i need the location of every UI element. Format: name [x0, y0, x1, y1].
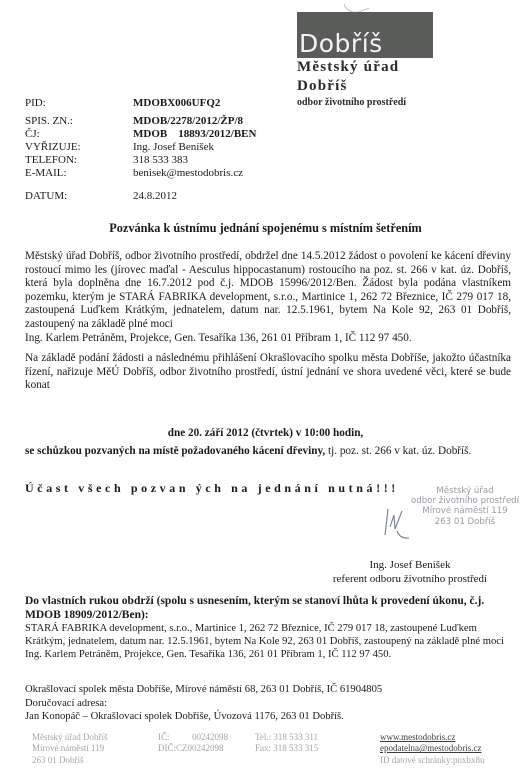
signature-icon: [382, 505, 410, 541]
footer-tel: Tel.: 318 533 311: [255, 732, 318, 743]
paragraph-request-text: Městský úřad Dobříš, odbor životního pro…: [25, 250, 511, 332]
footer-dic: DIČ:CZ00242098: [158, 743, 228, 754]
field-value: MDOBX006UFQ2: [133, 97, 220, 110]
club-delivery-label: Doručovací adresa:: [25, 697, 515, 711]
field-label: SPIS. ZN.:: [25, 115, 133, 128]
signer-role: referent odboru životního prostředí: [306, 573, 514, 587]
official-stamp: Městský úřad odbor životního prostředí M…: [406, 486, 524, 527]
ic-value: 00242098: [192, 732, 228, 742]
field-datum: DATUM: 24.8.2012: [25, 190, 256, 203]
footer-address: Městský úřad Dobříš Mírové náměstí 119 2…: [32, 732, 108, 766]
field-spis-zn: SPIS. ZN.: MDOB/2278/2012/ŽP/8: [25, 115, 256, 128]
field-label: PID:: [25, 97, 133, 110]
stamp-line: Mírové náměstí 119: [406, 506, 524, 516]
location-rest: tj. poz. st. 266 v kat. úz. Dobříš.: [325, 445, 471, 457]
field-vyrizuje: VYŘIZUJE: Ing. Josef Beníšek: [25, 141, 256, 154]
org-title: Městský úřad Dobříš: [297, 58, 399, 96]
footer-line: Mírové náměstí 119: [32, 743, 108, 754]
field-label: ČJ:: [25, 128, 133, 141]
field-label: TELEFON:: [25, 154, 133, 167]
field-cj: ČJ: MDOB 18893/2012/BEN: [25, 128, 256, 141]
paragraph-request-representative: Ing. Karlem Petráněm, Projekce, Gen. Tes…: [25, 332, 511, 346]
field-label: E-MAIL:: [25, 167, 133, 180]
field-label: VYŘIZUJE:: [25, 141, 133, 154]
field-value: 318 533 383: [133, 154, 188, 167]
field-pid: PID: MDOBX006UFQ2: [25, 97, 256, 110]
location-bold: se schůzkou pozvaných na místě požadovan…: [25, 445, 325, 457]
field-value: MDOB/2278/2012/ŽP/8: [133, 115, 243, 128]
field-value: Ing. Josef Beníšek: [133, 141, 214, 154]
footer-fax: Fax: 318 533 315: [255, 743, 318, 754]
footer-ic: IČ:00242098: [158, 732, 228, 743]
paragraph-request: Městský úřad Dobříš, odbor životního pro…: [25, 250, 511, 345]
recipients-heading: Do vlastních rukou obdrží (spolu s usnes…: [25, 595, 515, 622]
document-title: Pozvánka k ústnímu jednání spojenému s m…: [0, 222, 531, 236]
signer-name: Ing. Josef Beníšek: [306, 559, 514, 573]
footer-line: 263 01 Dobříš: [32, 755, 108, 766]
footer-web-link[interactable]: www.mestodobris.cz: [380, 732, 455, 742]
logo-text: Dobříš: [299, 30, 383, 58]
field-value: MDOB 18893/2012/BEN: [133, 128, 256, 141]
paragraph-order: Na základě podání žádosti a následnému p…: [25, 352, 511, 393]
recipient-item: Ing. Karlem Petráněm, Projekce, Gen. Tes…: [25, 648, 511, 661]
recipients-list: STARÁ FABRIKA development, s.r.o., Marti…: [25, 622, 511, 662]
club-name: Okrašlovací spolek města Dobříše, Mírové…: [25, 683, 515, 697]
attendance-notice: Účast všech pozvan ých na jednání nutná!…: [25, 482, 399, 496]
footer-ids: IČ:00242098 DIČ:CZ00242098: [158, 732, 228, 755]
footer-contacts: www.mestodobris.cz epodatelna@mestodobri…: [380, 732, 484, 766]
reference-fields: PID: MDOBX006UFQ2 SPIS. ZN.: MDOB/2278/2…: [25, 97, 256, 203]
club-delivery-address: Jan Konopáč – Okrašlovací spolek Dobříše…: [25, 710, 515, 724]
stamp-line: 263 01 Dobříš: [406, 517, 524, 527]
footer-email-link[interactable]: epodatelna@mestodobris.cz: [380, 743, 482, 753]
ic-label: IČ:: [158, 732, 192, 743]
signer-block: Ing. Josef Beníšek referent odboru život…: [306, 559, 514, 586]
footer-databox: ID datové schránky:pnxbx8u: [380, 755, 484, 766]
field-label: DATUM:: [25, 190, 133, 203]
stamp-line: odbor životního prostředí: [406, 496, 524, 506]
meeting-date: dne 20. září 2012 (čtvrtek) v 10:00 hodi…: [0, 427, 531, 441]
club-recipient: Okrašlovací spolek města Dobříše, Mírové…: [25, 683, 515, 724]
field-email: E-MAIL: benisek@mestodobris.cz: [25, 167, 256, 180]
footer-phones: Tel.: 318 533 311 Fax: 318 533 315: [255, 732, 318, 755]
org-title-line2: Dobříš: [297, 77, 399, 96]
stamp-line: Městský úřad: [406, 486, 524, 496]
field-value: 24.8.2012: [133, 190, 177, 203]
recipient-item: STARÁ FABRIKA development, s.r.o., Marti…: [25, 622, 511, 648]
footer-line: Městský úřad Dobříš: [32, 732, 108, 743]
field-telefon: TELEFON: 318 533 383: [25, 154, 256, 167]
paragraph-location: se schůzkou pozvaných na místě požadovan…: [25, 445, 511, 459]
org-department: odbor životního prostředí: [297, 96, 406, 110]
field-value: benisek@mestodobris.cz: [133, 167, 243, 180]
org-title-line1: Městský úřad: [297, 58, 399, 77]
